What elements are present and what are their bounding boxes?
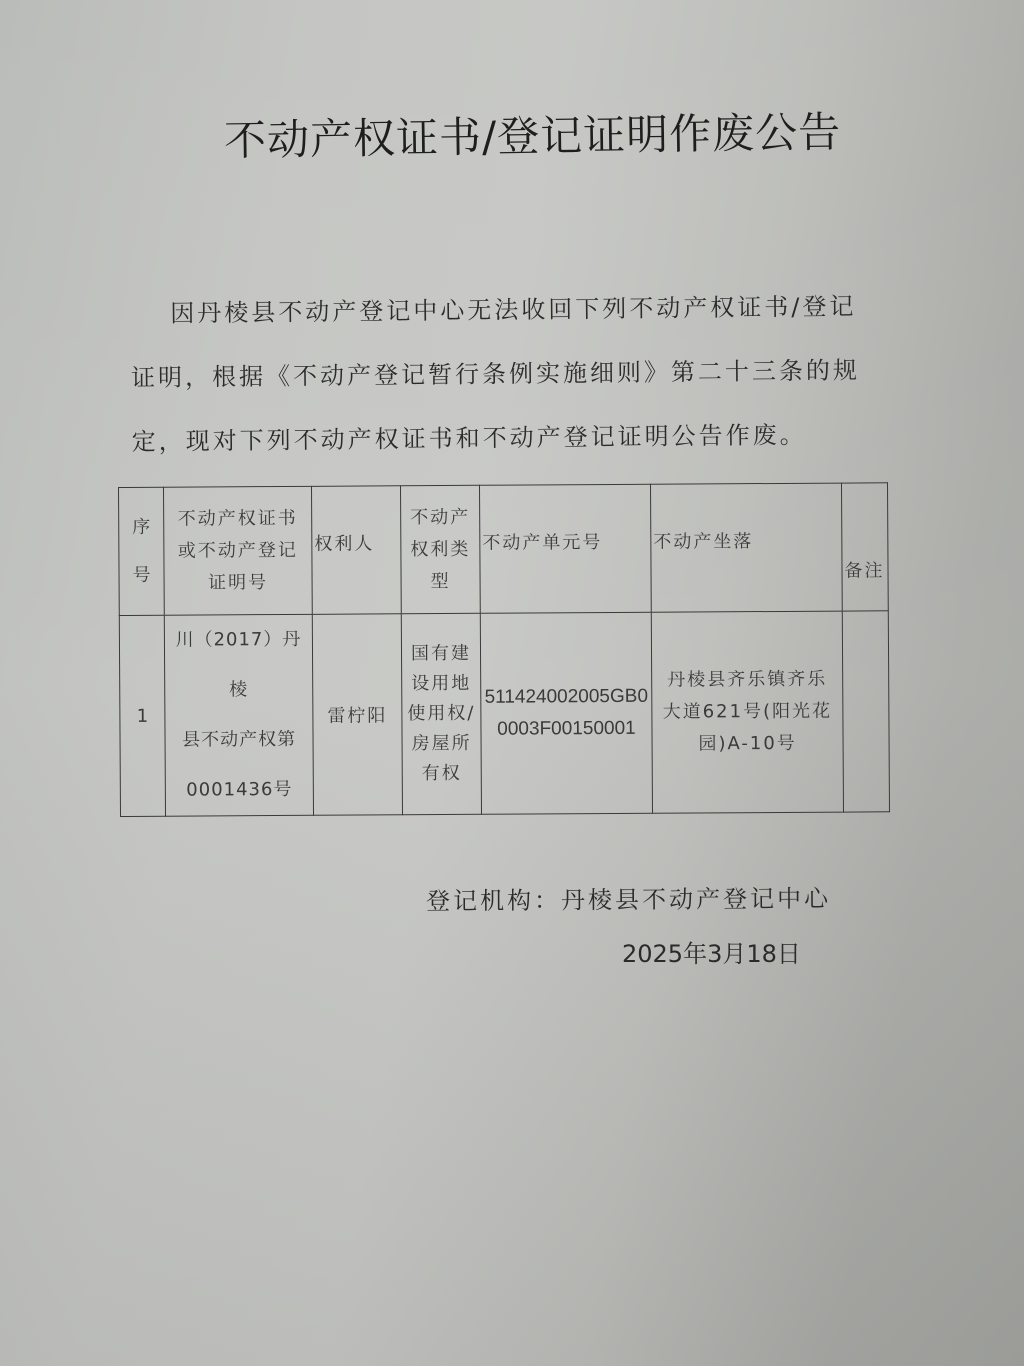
header-unit-no: 不动产单元号: [479, 484, 651, 613]
void-certificates-table: 序 号 不动产权证书 或不动产登记 证明号 权利人 不动产 权利类 型 不动产单…: [118, 482, 890, 817]
header-right-type: 不动产 权利类 型: [400, 485, 480, 613]
type-line: 设用地: [404, 669, 478, 699]
header-type-line: 权利类: [403, 533, 477, 565]
document-title: 不动产权证书/登记证明作废公告: [224, 100, 825, 168]
header-type-line: 型: [403, 565, 477, 597]
cert-line: 川（2017）丹棱: [167, 615, 311, 716]
table-row: 1 川（2017）丹棱 县不动产权第 0001436号 雷柠阳 国有建 设用地 …: [119, 611, 889, 817]
header-location-label: 不动产坐落: [653, 531, 753, 553]
header-remarks: 备注: [841, 483, 888, 611]
location-line: 大道621号(阳光花: [654, 696, 840, 729]
cell-cert-no: 川（2017）丹棱 县不动产权第 0001436号: [164, 614, 313, 816]
cell-location: 丹棱县齐乐镇齐乐 大道621号(阳光花 园)A-10号: [651, 611, 843, 813]
location-line: 丹棱县齐乐镇齐乐: [654, 664, 840, 697]
type-line: 使用权/: [404, 699, 478, 729]
cert-line: 0001436号: [168, 765, 311, 816]
notice-date: 2025年3月18日: [622, 934, 801, 969]
cell-seq: 1: [119, 615, 165, 816]
paragraph-line: 因丹棱县不动产登记中心无法收回下列不动产权证书/登记: [130, 274, 891, 346]
header-seq: 序 号: [119, 487, 165, 615]
header-unit-label: 不动产单元号: [482, 532, 602, 554]
header-location: 不动产坐落: [650, 483, 842, 612]
header-seq-line: 号: [132, 551, 150, 599]
unit-line: 0003F00150001: [483, 713, 649, 746]
cell-owner: 雷柠阳: [312, 614, 402, 816]
cert-line: 县不动产权第: [167, 715, 310, 766]
header-remarks-label: 备注: [844, 560, 884, 581]
notice-paragraph: 因丹棱县不动产登记中心无法收回下列不动产权证书/登记 证明，根据《不动产登记暂行…: [130, 274, 892, 474]
location-line: 园)A-10号: [654, 728, 840, 761]
header-cert-line: 证明号: [166, 566, 309, 599]
registration-authority: 登记机构：丹棱县不动产登记中心: [426, 879, 831, 917]
cell-remarks: [842, 611, 889, 812]
header-seq-line: 序: [132, 503, 150, 551]
header-owner-label: 权利人: [314, 533, 374, 554]
header-type-line: 不动产: [403, 501, 477, 533]
type-line: 有权: [405, 759, 479, 789]
type-line: 国有建: [404, 639, 478, 669]
table-header-row: 序 号 不动产权证书 或不动产登记 证明号 权利人 不动产 权利类 型 不动产单…: [119, 483, 889, 616]
type-line: 房屋所: [404, 729, 478, 759]
header-cert-no: 不动产权证书 或不动产登记 证明号: [164, 486, 313, 615]
header-cert-line: 不动产权证书: [166, 502, 309, 535]
header-cert-line: 或不动产登记: [166, 534, 309, 567]
header-owner: 权利人: [311, 486, 401, 615]
unit-line: 511424002005GB0: [483, 681, 649, 714]
paragraph-line: 证明，根据《不动产登记暂行条例实施细则》第二十三条的规: [131, 338, 892, 410]
cell-unit-no: 511424002005GB0 0003F00150001: [480, 612, 652, 814]
cell-right-type: 国有建 设用地 使用权/ 房屋所 有权: [401, 613, 481, 814]
paragraph-line: 定，现对下列不动产权证书和不动产登记证明公告作废。: [131, 402, 892, 474]
